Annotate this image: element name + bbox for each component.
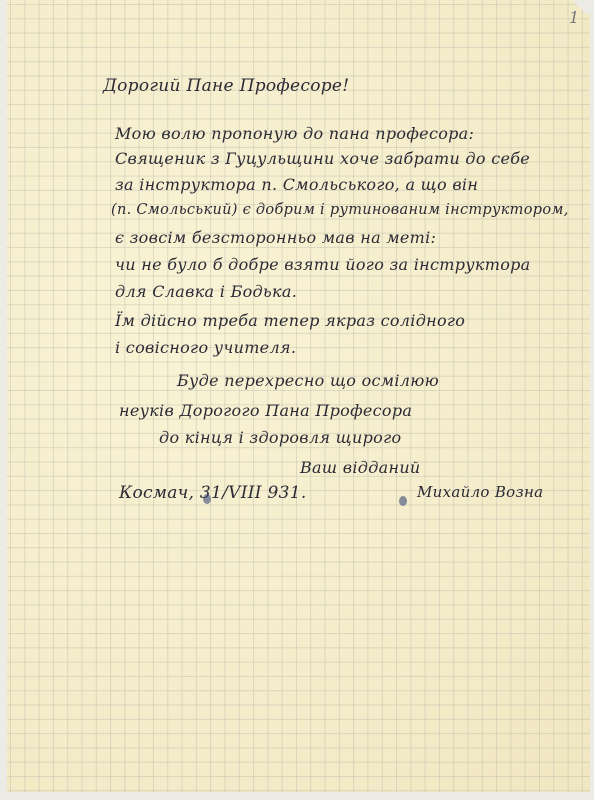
body-line-4: (п. Смольський) є добрим і рутинованим і… (111, 202, 569, 218)
body-line-2: Священик з Гуцульщини хоче забрати до се… (115, 149, 530, 168)
body-line-1: Мою волю пропоную до пана професора: (115, 124, 474, 143)
body-line-9: і совісного учителя. (115, 338, 296, 357)
place-date: Космач, 31/VIII 931. (119, 483, 307, 503)
closing-line-2: неуків Дорогого Пана Професора (119, 401, 412, 420)
closing-line-3: до кінця і здоровля щирого (159, 428, 401, 447)
ink-blot (203, 494, 211, 504)
body-line-5: є зовсім безсторонньо мав на меті: (115, 228, 436, 247)
closing-line-1: Буде перехресно що осмілюю (177, 371, 439, 390)
body-line-6: чи не було б добре взяти його за інструк… (115, 255, 531, 274)
ink-blot (399, 496, 407, 506)
letter-page: 1 Дорогий Пане Професоре! Мою волю пропо… (7, 0, 590, 792)
body-line-8: Їм дійсно треба тепер якраз солідного (115, 311, 465, 330)
body-line-7: для Славка і Бодька. (115, 282, 297, 301)
sign-off: Ваш відданий (300, 458, 421, 477)
signature: Михайло Возна (417, 483, 543, 501)
body-line-3: за інструктора п. Смольського, а що він (115, 175, 478, 194)
salutation: Дорогий Пане Професоре! (103, 76, 349, 96)
page-number: 1 (569, 8, 579, 27)
